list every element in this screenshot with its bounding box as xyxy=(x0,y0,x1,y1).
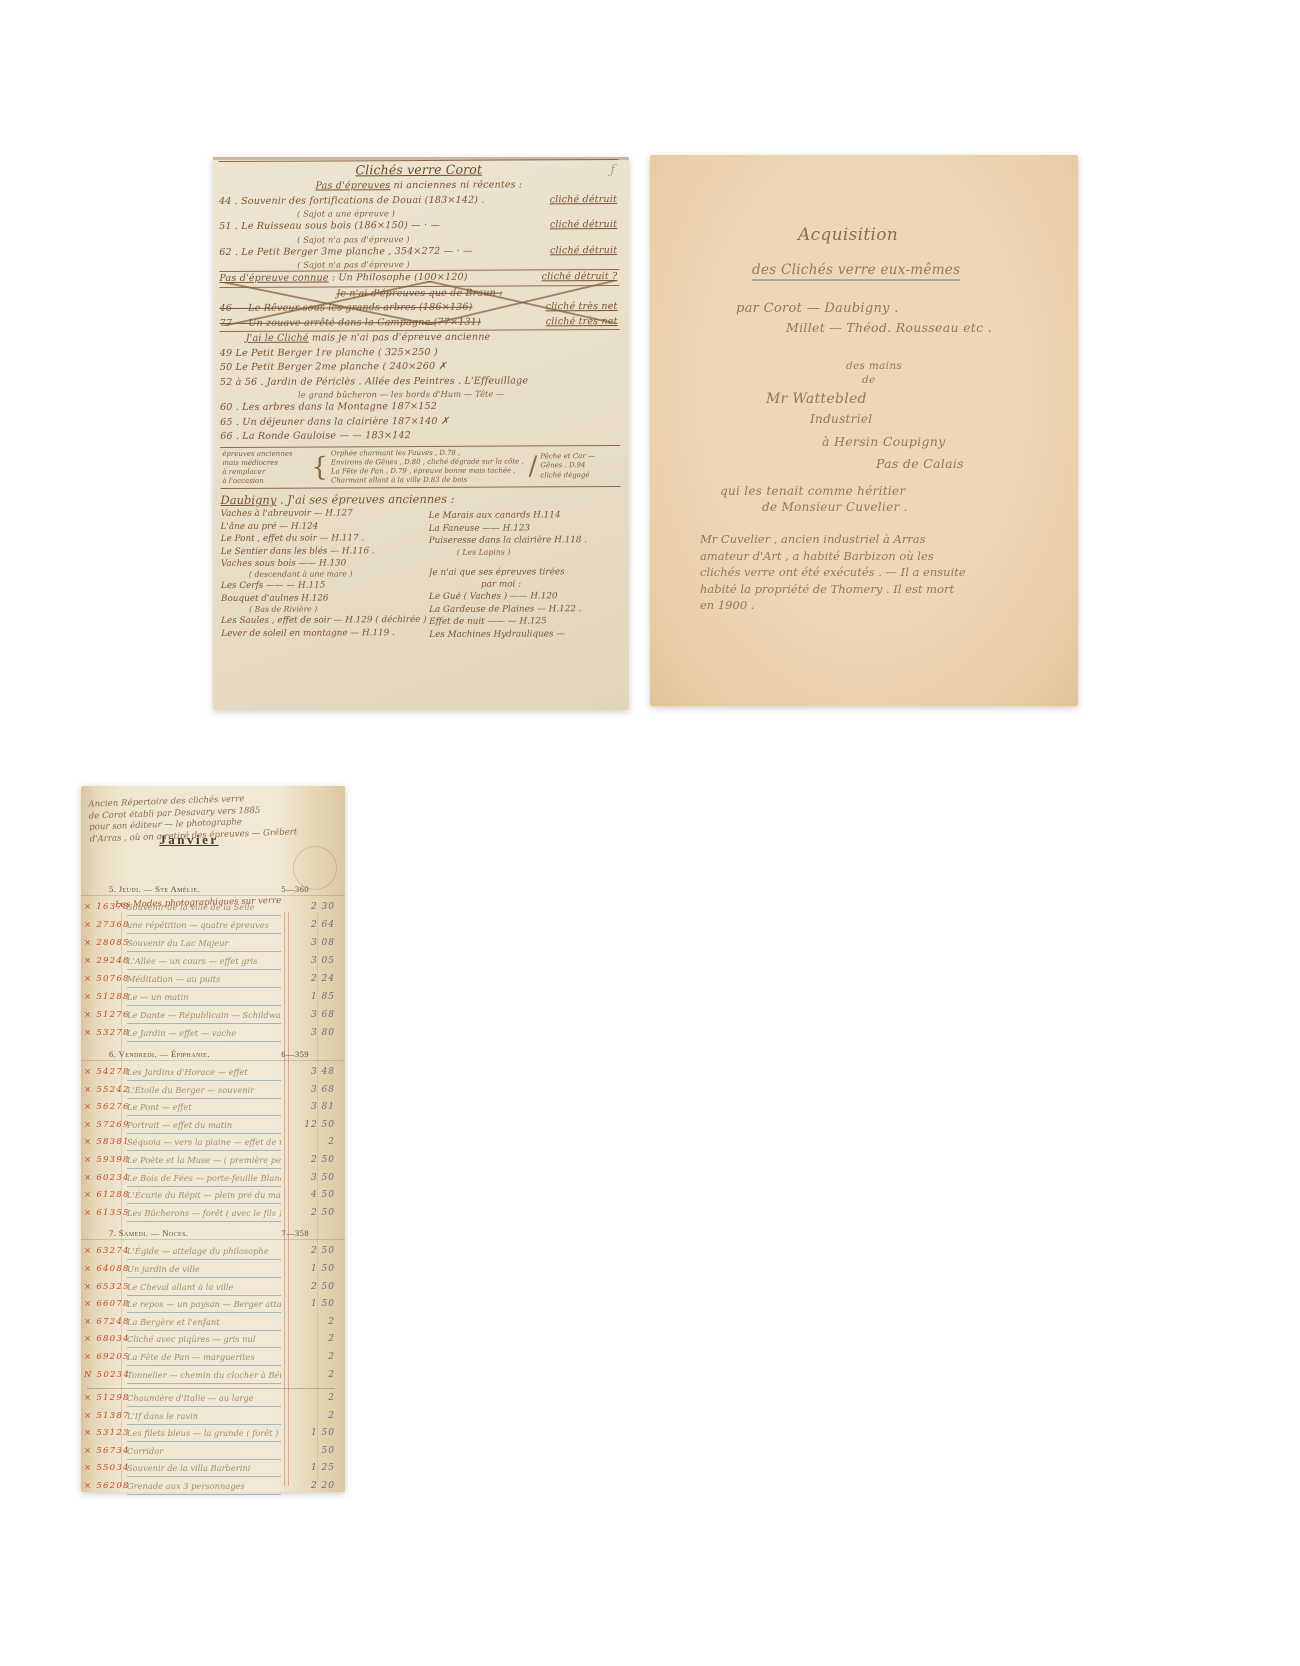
entry-title: Séquoia — vers la plaine — effet de nuit xyxy=(127,1137,281,1151)
entry-title: Le Cheval allant à la ville xyxy=(127,1282,281,1296)
entry-title: L'Égide — attelage du philosophe xyxy=(127,1246,281,1260)
margin-code: × 56276 xyxy=(84,1102,130,1112)
entry-title: Le Dante — Républicain — Schildwache xyxy=(127,1010,281,1024)
margin-code: × 53278 xyxy=(84,1028,130,1038)
ledger-row: × 16378Souvenir de la ville de la Selle2… xyxy=(81,901,345,919)
handwritten-line: La Gardeuse de Plaines — H.122 . xyxy=(429,603,621,616)
margin-code: × 66078 xyxy=(84,1299,130,1309)
handwritten-line: par Corot — Daubigny . xyxy=(736,301,1078,316)
handwritten-line: cliché détruit62 . Le Petit Berger 3me p… xyxy=(219,243,619,260)
entry-price: 4 50 xyxy=(311,1190,335,1200)
entry-price: 1 50 xyxy=(311,1428,335,1438)
box-right-column: Pêche et Car —Gênes . D.94cliché dégagé xyxy=(538,452,620,480)
ledger-row: × 54278Les Jardins d'Horace — effet3 48 xyxy=(81,1066,345,1084)
ledger-page-janvier: Ancien Répertoire des clichés verrede Co… xyxy=(81,786,345,1492)
entry-price: 3 08 xyxy=(311,938,335,948)
entry-price: 3 81 xyxy=(311,1102,335,1112)
entry-title: L'Écurie du Répit — plein pré du matin xyxy=(127,1190,281,1204)
entry-price: 1 85 xyxy=(311,992,335,1002)
ledger-rows-group3: × 63274L'Égide — attelage du philosophe2… xyxy=(81,1245,345,1386)
ledger-row: × 53123Les filets bleus — la grande ( fo… xyxy=(81,1427,345,1445)
margin-code: × 55242 xyxy=(84,1085,130,1095)
margin-code: × 65325 xyxy=(84,1282,130,1292)
entry-title: L'Allée — un cours — effet gris xyxy=(127,956,281,970)
entry-title: Le Poète et la Muse — ( première pensée … xyxy=(127,1155,281,1169)
ledger-row: × 56734Corridor50 xyxy=(81,1445,345,1463)
margin-code: × 54278 xyxy=(84,1067,130,1077)
ledger-row: N 50234Tonnelier — chemin du clocher à B… xyxy=(81,1369,345,1387)
handwritten-line: Bouquet d'aulnes H.126 xyxy=(221,592,429,605)
entry-title: Souvenir de la ville de la Selle xyxy=(127,902,281,916)
margin-code: × 63274 xyxy=(84,1246,130,1256)
entry-title: Les Bûcherons — forêt ( avec le fils ) xyxy=(127,1208,281,1222)
entry-price: 3 50 xyxy=(311,1173,335,1183)
ledger-row: × 61288L'Écurie du Répit — plein pré du … xyxy=(81,1189,345,1207)
entry-price: 1 50 xyxy=(311,1264,335,1274)
ledger-row: × 61355Les Bûcherons — forêt ( avec le f… xyxy=(81,1207,345,1225)
entry-price: 2 xyxy=(328,1317,335,1327)
manuscript-content: Clichés verre Corot Pas d'épreuves ni an… xyxy=(212,156,631,644)
margin-code: × 68034 xyxy=(84,1334,130,1344)
entry-title: La Bergère et l'enfant xyxy=(127,1317,281,1331)
box-line: Pêche et Car — xyxy=(540,452,618,462)
ledger-row: × 68034Cliché avec piqûres — gris nul2 xyxy=(81,1333,345,1351)
box-line: mais médiocres xyxy=(222,458,308,468)
handwritten-line: à Hersin Coupigny xyxy=(822,434,1078,449)
entry-title: Souvenir du Lac Majeur xyxy=(127,938,281,952)
entry-price: 2 20 xyxy=(311,1481,335,1491)
entry-title: Chaumière d'Italie — au large xyxy=(127,1393,281,1407)
entry-price: 1 25 xyxy=(311,1463,335,1473)
brace-glyph: { xyxy=(310,454,329,480)
margin-code: × 51276 xyxy=(84,1010,130,1020)
handwritten-line: par moi : xyxy=(429,578,621,591)
ledger-rows-group4: × 51298Chaumière d'Italie — au large2 × … xyxy=(81,1392,345,1498)
printed-day-header: 5. Jeudi. — Ste Amélie.5—360 xyxy=(81,884,345,896)
ledger-row: × 58381Séquoia — vers la plaine — effet … xyxy=(81,1136,345,1154)
entry-title: Le — un matin xyxy=(127,992,281,1006)
ledger-row: × 63274L'Égide — attelage du philosophe2… xyxy=(81,1245,345,1263)
box-line: Charmant allant à la ville D.83 de bois xyxy=(331,476,526,486)
entry-title: Portrait — effet du matin xyxy=(127,1120,281,1134)
margin-code: × 61288 xyxy=(84,1190,130,1200)
ledger-rows-group2: × 54278Les Jardins d'Horace — effet3 48 … xyxy=(81,1066,345,1224)
margin-code: × 28085 xyxy=(84,938,130,948)
acquisition-paragraph: Mr Cuvelier , ancien industriel à Arrasa… xyxy=(700,531,1045,614)
ledger-row: × 65325Le Cheval allant à la ville2 50 xyxy=(81,1281,345,1299)
entry-title: L'Étoile du Berger — souvenir xyxy=(127,1085,281,1099)
handwritten-line: Puiseresse dans la clairière H.118 . xyxy=(429,534,621,547)
margin-code: × 53123 xyxy=(84,1428,130,1438)
entry-price: 2 30 xyxy=(311,902,335,912)
entry-price: 2 xyxy=(328,1370,335,1380)
handwritten-line: Effet de nuit —— — H.125 xyxy=(429,615,621,628)
ledger-row: × 69205La Fête de Pan — marguerites2 xyxy=(81,1351,345,1369)
ledger-row: × 50768Méditation — au puits2 24 xyxy=(81,973,345,991)
entry-title: L'If dans le ravin xyxy=(127,1411,281,1425)
entry-title: Les Jardins d'Horace — effet xyxy=(127,1067,281,1081)
entry-price: 12 50 xyxy=(304,1120,335,1130)
printed-day-header: 6. Vendredi. — Épiphanie.6—359 xyxy=(81,1049,345,1061)
handwritten-line: Je n'ai que ses épreuves tirées xyxy=(429,565,621,578)
box-line: à remplacer xyxy=(222,467,308,477)
entry-price: 50 xyxy=(322,1446,335,1456)
ledger-row: × 57269Portrait — effet du matin12 50 xyxy=(81,1119,345,1137)
entry-title: La Fête de Pan — marguerites xyxy=(127,1352,281,1366)
ledger-row: × 59398Le Poète et la Muse — ( première … xyxy=(81,1154,345,1172)
handwritten-line: de Monsieur Cuvelier . xyxy=(762,500,1078,514)
margin-code: × 61355 xyxy=(84,1208,130,1218)
box-line: La Fête de Pan , D.79 , épreuve bonne ma… xyxy=(331,466,526,476)
margin-code: × 67248 xyxy=(84,1317,130,1327)
ledger-row: × 64088Un jardin de ville1 50 xyxy=(81,1263,345,1281)
margin-code: × 57269 xyxy=(84,1120,130,1130)
ledger-row: × 60234Le Bois de Fées — porte-feuille B… xyxy=(81,1172,345,1190)
entry-price: 2 xyxy=(328,1352,335,1362)
manuscript-lines: Clichés verre Corot Pas d'épreuves ni an… xyxy=(219,159,620,445)
entry-title: une répétition — quatre épreuves xyxy=(127,920,281,934)
handwritten-line: cliché détruit51 . Le Ruisseau sous bois… xyxy=(219,218,619,235)
ledger-row: × 53278Le Jardin — effet — vache3 80 xyxy=(81,1027,345,1045)
handwritten-line: Les Machines Hydrauliques — xyxy=(429,628,621,641)
margin-code: × 51288 xyxy=(84,992,130,1002)
handwritten-line: 66 . La Ronde Gauloise — — 183×142 xyxy=(220,428,620,445)
ledger-row: × 51387L'If dans le ravin2 xyxy=(81,1410,345,1428)
entry-price: 2 64 xyxy=(311,920,335,930)
scan-canvas: ƒ Clichés verre Corot Pas d'épreuves ni … xyxy=(0,0,1300,1666)
slash-glyph: / xyxy=(528,453,539,479)
manuscript-page-cliches-corot: ƒ Clichés verre Corot Pas d'épreuves ni … xyxy=(213,157,629,710)
entry-price: 2 xyxy=(328,1393,335,1403)
manuscript-page-acquisition: Acquisitiondes Clichés verre eux-mêmespa… xyxy=(650,155,1078,706)
entry-title: Tonnelier — chemin du clocher à Béthune xyxy=(127,1370,281,1384)
margin-code: × 60234 xyxy=(84,1173,130,1183)
handwritten-line: Industriel xyxy=(810,412,1078,426)
margin-code: × 56734 xyxy=(84,1446,130,1456)
handwritten-line: cliché détruit44 . Souvenir des fortific… xyxy=(219,192,619,209)
handwritten-line: des Clichés verre eux-mêmes xyxy=(752,262,960,281)
entry-title: Les filets bleus — la grande ( forêt ) xyxy=(127,1428,281,1442)
acquisition-lines: Acquisitiondes Clichés verre eux-mêmespa… xyxy=(650,225,1078,514)
entry-price: 2 50 xyxy=(311,1155,335,1165)
ledger-body: 5. Jeudi. — Ste Amélie.5—360 × 16378Souv… xyxy=(81,884,345,1498)
printed-day-header: 7. Samedi. — Noces.7—358 xyxy=(81,1228,345,1240)
entry-price: 3 05 xyxy=(311,956,335,966)
entry-title: Le repos — un paysan — Berger attachant xyxy=(127,1299,281,1313)
entry-price: 2 50 xyxy=(311,1282,335,1292)
ledger-row: × 55242L'Étoile du Berger — souvenir3 68 xyxy=(81,1084,345,1102)
printed-month-title: Janvier xyxy=(81,832,297,848)
entry-price: 3 68 xyxy=(311,1010,335,1020)
ledger-row: × 66078Le repos — un paysan — Berger att… xyxy=(81,1298,345,1316)
ledger-row: × 56276Le Pont — effet3 81 xyxy=(81,1101,345,1119)
handwritten-line: Le Sentier dans les blés — H.116 . xyxy=(221,544,429,557)
entry-price: 3 48 xyxy=(311,1067,335,1077)
entry-title: Le Pont — effet xyxy=(127,1102,281,1116)
margin-code: × 51387 xyxy=(84,1411,130,1421)
margin-code: × 59398 xyxy=(84,1155,130,1165)
entry-price: 2 xyxy=(328,1411,335,1421)
box-line: à l'occasion xyxy=(222,477,308,487)
entry-price: 2 24 xyxy=(311,974,335,984)
handwritten-line: Mr Cuvelier , ancien industriel à Arras xyxy=(700,531,1045,548)
entry-price: 1 50 xyxy=(311,1299,335,1309)
handwritten-line: Les Cerfs —— — H.115 xyxy=(221,579,429,592)
handwritten-line: des mains xyxy=(846,360,1078,372)
ledger-row: × 56208Grenade aux 3 personnages2 20 xyxy=(81,1480,345,1498)
daubigny-right-column: Le Marais aux canards H.114La Faneuse ——… xyxy=(429,506,622,641)
entry-title: Cliché avec piqûres — gris nul xyxy=(127,1334,281,1348)
box-line: cliché dégagé xyxy=(540,470,618,480)
handwritten-line: de xyxy=(862,374,1078,386)
box-middle-column: Orphée charmant les Fauves , D.78 ,Envir… xyxy=(329,448,528,486)
entry-title: Méditation — au puits xyxy=(127,974,281,988)
handwritten-line: Pas de Calais xyxy=(876,456,1078,471)
entry-title: Corridor xyxy=(127,1446,281,1460)
margin-code: × 51298 xyxy=(84,1393,130,1403)
bracketed-note-box: épreuves anciennesmais médiocresà rempla… xyxy=(220,444,620,489)
handwritten-line: Le Pont , effet du soir — H.117 . xyxy=(221,532,429,545)
entry-price: 2 xyxy=(328,1334,335,1344)
handwritten-line: Le Gué ( Vaches ) —— H.120 xyxy=(429,590,621,603)
ledger-rows-group1: × 16378Souvenir de la ville de la Selle2… xyxy=(81,901,345,1045)
entry-title: Grenade aux 3 personnages xyxy=(127,1481,281,1495)
handwritten-line: La Faneuse —— H.123 xyxy=(429,522,621,535)
entry-title: Souvenir de la villa Barberini xyxy=(127,1463,281,1477)
handwritten-line: qui les tenait comme héritier xyxy=(720,484,1078,498)
handwritten-line: Clichés verre Corot xyxy=(219,159,619,180)
margin-code: × 58381 xyxy=(84,1137,130,1147)
ruled-line-horizontal xyxy=(87,1388,335,1389)
daubigny-left-column: Vaches à l'abreuvoir — H.127L'âne au pré… xyxy=(221,507,430,642)
daubigny-columns: Vaches à l'abreuvoir — H.127L'âne au pré… xyxy=(221,506,622,642)
handwritten-line: L'âne au pré — H.124 xyxy=(221,520,429,533)
entry-price: 3 68 xyxy=(311,1085,335,1095)
handwritten-line: amateur d'Art , a habité Barbizon où les xyxy=(700,548,1045,565)
entry-price: 2 xyxy=(328,1137,335,1147)
entry-price: 3 80 xyxy=(311,1028,335,1038)
handwritten-line: habité la propriété de Thomery . Il est … xyxy=(700,581,1045,598)
box-line: épreuves anciennes xyxy=(222,449,308,459)
entry-title: Le Jardin — effet — vache xyxy=(127,1028,281,1042)
handwritten-line: Lever de soleil en montagne — H.119 . xyxy=(221,627,429,640)
handwritten-line: Acquisition xyxy=(798,225,1078,245)
margin-code: × 56208 xyxy=(84,1481,130,1491)
handwritten-line: Le Marais aux canards H.114 xyxy=(429,509,621,522)
entry-price: 2 50 xyxy=(311,1246,335,1256)
margin-code: × 16378 xyxy=(84,902,130,912)
entry-title: Le Bois de Fées — porte-feuille Blanc xyxy=(127,1173,281,1187)
margin-code: × 50768 xyxy=(84,974,130,984)
handwritten-line: Les Saules , effet de soir — H.129 ( déc… xyxy=(221,614,429,627)
margin-code: × 64088 xyxy=(84,1264,130,1274)
handwritten-line: Mr Wattebled xyxy=(766,391,1078,407)
ledger-row: × 27368une répétition — quatre épreuves2… xyxy=(81,919,345,937)
handwritten-line: en 1900 . xyxy=(700,597,1045,614)
ledger-row: × 51298Chaumière d'Italie — au large2 xyxy=(81,1392,345,1410)
handwritten-line: Millet — Théod. Rousseau etc . xyxy=(786,320,1078,335)
margin-code: × 69205 xyxy=(84,1352,130,1362)
handwritten-line: clichés verre ont été exécutés . — Il a … xyxy=(700,564,1045,581)
entry-price: 2 50 xyxy=(311,1208,335,1218)
box-line: Gênes . D.94 xyxy=(540,461,618,471)
margin-code: × 29248 xyxy=(84,956,130,966)
margin-code: × 55034 xyxy=(84,1463,130,1473)
entry-title: Un jardin de ville xyxy=(127,1264,281,1278)
handwritten-line: Vaches à l'abreuvoir — H.127 xyxy=(221,507,429,520)
ledger-row: × 67248La Bergère et l'enfant2 xyxy=(81,1316,345,1334)
ledger-row: × 51288Le — un matin1 85 xyxy=(81,991,345,1009)
box-left-column: épreuves anciennesmais médiocresà rempla… xyxy=(220,449,310,486)
ledger-row: × 55034Souvenir de la villa Barberini1 2… xyxy=(81,1462,345,1480)
ledger-row: × 28085Souvenir du Lac Majeur3 08 xyxy=(81,937,345,955)
handwritten-line: Vaches sous bois —— H.130 xyxy=(221,557,429,570)
ledger-row: × 29248L'Allée — un cours — effet gris3 … xyxy=(81,955,345,973)
ledger-row: × 51276Le Dante — Républicain — Schildwa… xyxy=(81,1009,345,1027)
margin-code: N 50234 xyxy=(84,1370,130,1380)
margin-code: × 27368 xyxy=(84,920,130,930)
